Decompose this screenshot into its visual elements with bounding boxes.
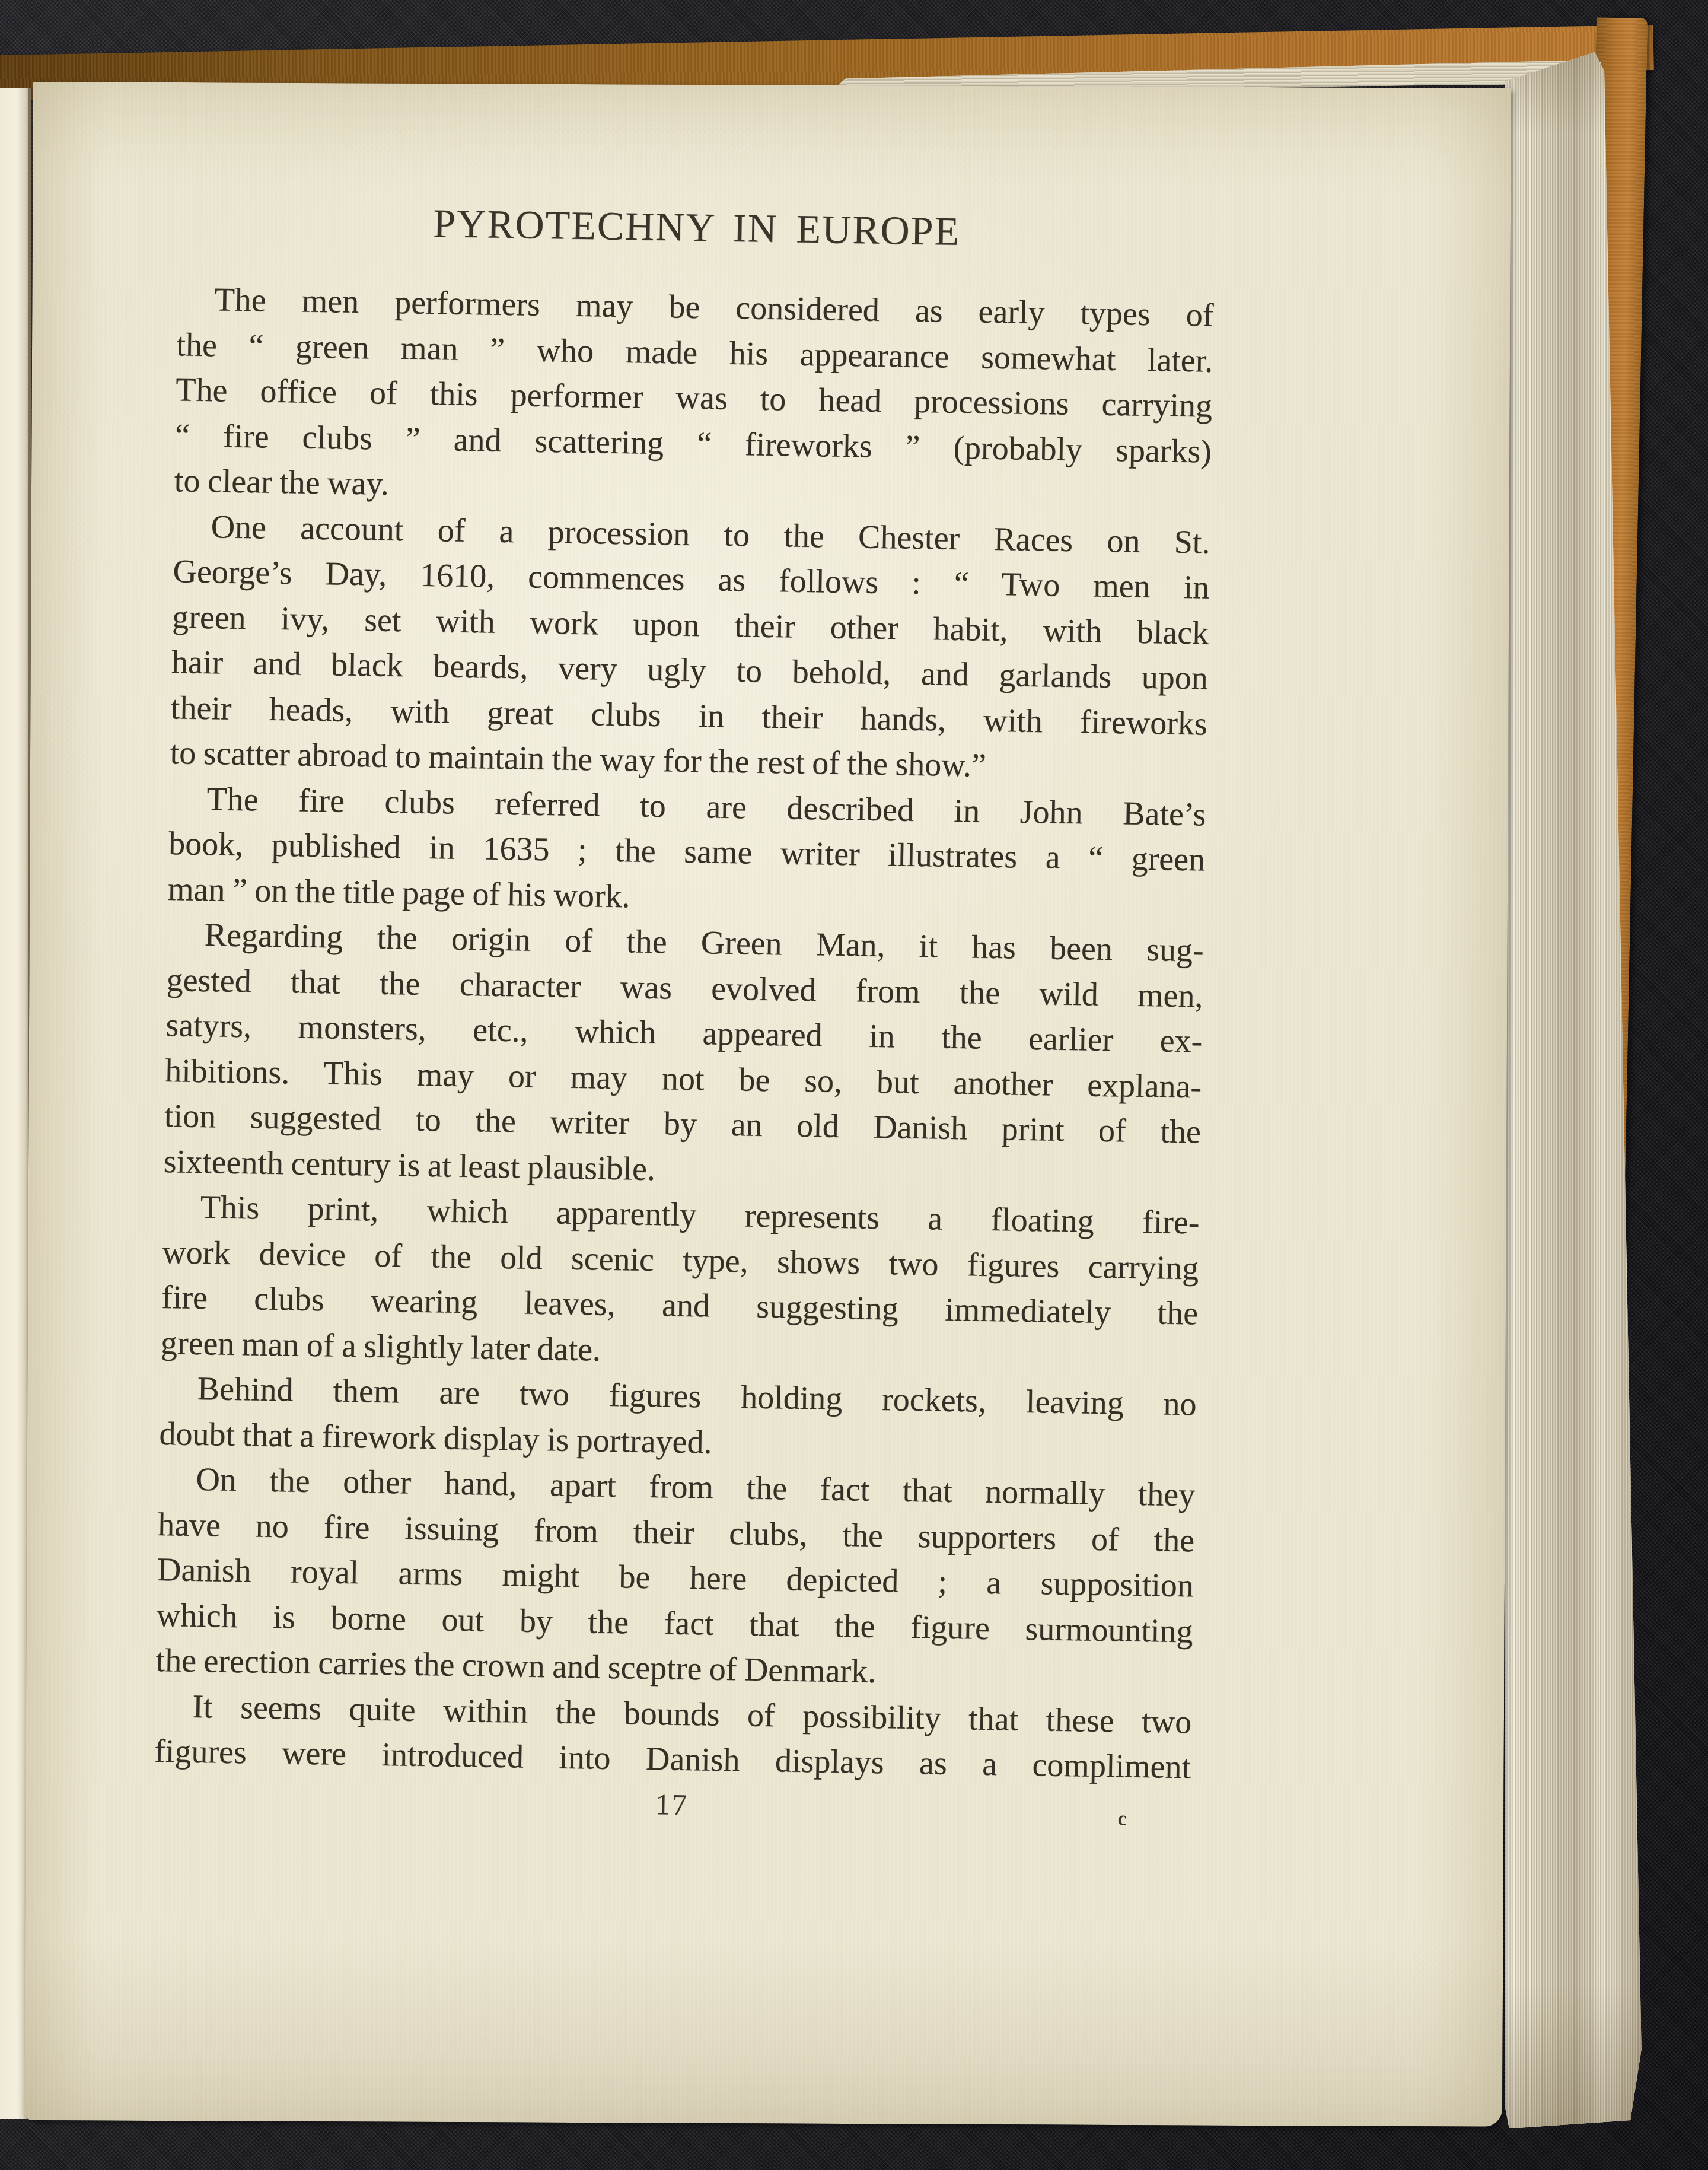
paragraph: Regarding the origin of the Green Man, i…	[163, 912, 1204, 1200]
paragraph: It seems quite within the bounds of poss…	[154, 1683, 1192, 1790]
body-text: The men performers may be considered as …	[154, 276, 1214, 1790]
book-page: PYROTECHNY IN EUROPE The men performers …	[24, 82, 1511, 2127]
printed-text-layer: PYROTECHNY IN EUROPE The men performers …	[152, 113, 1216, 1885]
book-photo: PYROTECHNY IN EUROPE The men performers …	[0, 0, 1708, 2170]
paragraph: On the other hand, apart from the fact t…	[155, 1456, 1196, 1700]
paragraph: The men performers may be considered as …	[174, 276, 1214, 520]
signature-mark: c	[1117, 1809, 1127, 1829]
paragraph: One account of a procession to the Chest…	[170, 504, 1210, 792]
chapter-running-head: PYROTECHNY IN EUROPE	[178, 195, 1215, 259]
paragraph: Behind them are two figures holding rock…	[159, 1366, 1197, 1472]
page-number: 17	[154, 1781, 1191, 1827]
paragraph: The fire clubs referred to are described…	[167, 776, 1206, 928]
paragraph: This print, which apparently represents …	[160, 1184, 1200, 1382]
